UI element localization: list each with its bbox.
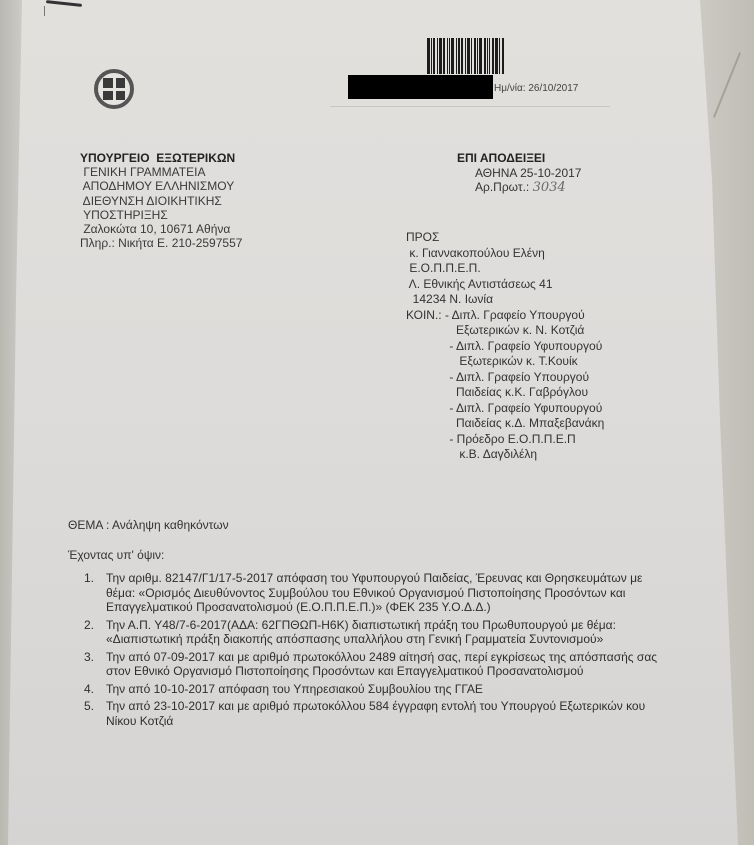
place-date: ΑΘΗΝΑ 25-10-2017 (457, 166, 581, 181)
recipient-line: Ε.Ο.Π.Π.Ε.Π. (406, 261, 604, 277)
recipient-line: 14234 Ν. Ιωνία (406, 292, 604, 308)
barcode (427, 38, 513, 74)
recipient-line: Παιδείας κ.Δ. Μπαξεβανάκη (406, 416, 604, 432)
reference-text: Την από 10-10-2017 απόφαση του Υπηρεσιακ… (106, 682, 483, 696)
redacted-block (348, 75, 493, 99)
subject-line: ΘΕΜΑ : Ανάληψη καθηκόντων (68, 518, 229, 532)
intro-line: Έχοντας υπ' όψιν: (68, 548, 164, 562)
reference-number: 2. (84, 618, 94, 633)
sender-block: ΥΠΟΥΡΓΕΙΟ ΕΞΩΤΕΡΙΚΩΝ ΓΕΝΙΚΗ ΓΡΑΜΜΑΤΕΙΑ Α… (80, 151, 242, 250)
reference-text: Την από 23-10-2017 και με αριθμό πρωτοκό… (106, 699, 645, 728)
recipient-line: Εξωτερικών κ. Ν. Κοτζιά (406, 323, 604, 339)
sender-line: ΔΙΕΘΥΝΣΗ ΔΙΟΙΚΗΤΙΚΗΣ (80, 194, 242, 208)
scan-date: Ημ/νία: 26/10/2017 (494, 83, 578, 94)
recipient-line: κ.Β. Δαγδιλέλη (406, 447, 604, 463)
reference-text: Την αριθμ. 82147/Γ1/17-5-2017 απόφαση το… (106, 571, 642, 614)
cross-shield-icon (103, 78, 125, 100)
receipt-block: ΕΠΙ ΑΠΟΔΕΙΞΕΙ ΑΘΗΝΑ 25-10-2017 Αρ.Πρωτ.:… (457, 151, 581, 196)
sender-line: ΓΕΝΙΚΗ ΓΡΑΜΜΑΤΕΙΑ (80, 165, 242, 179)
recipient-line: - Πρόεδρο Ε.Ο.Π.Π.Ε.Π (406, 432, 604, 448)
reference-item: 2. Την Α.Π. Υ48/7-6-2017(ΑΔΑ: 62ΓΠΘΩΠ-Η6… (84, 618, 674, 647)
recipient-line: κ. Γιαννακοπούλου Ελένη (406, 246, 604, 262)
reference-number: 4. (84, 682, 94, 697)
reference-item: 1.Την αριθμ. 82147/Γ1/17-5-2017 απόφαση … (84, 571, 674, 615)
pen-mark (46, 0, 82, 7)
divider (330, 106, 610, 107)
recipient-line: ΠΡΟΣ (406, 230, 604, 246)
reference-number: 3. (84, 650, 94, 665)
references-list: 1.Την αριθμ. 82147/Γ1/17-5-2017 απόφαση … (84, 571, 674, 731)
reference-item: 4.Την από 10-10-2017 απόφαση του Υπηρεσι… (84, 682, 674, 697)
reference-number: 5. (84, 699, 94, 714)
reference-item: 3.Την από 07-09-2017 και με αριθμό πρωτο… (84, 650, 674, 679)
document-page: Ημ/νία: 26/10/2017 ΥΠΟΥΡΓΕΙΟ ΕΞΩΤΕΡΙΚΩΝ … (0, 0, 754, 845)
protocol-number: 3034 (533, 180, 566, 195)
protocol-line: Αρ.Πρωτ.: 3034 (457, 180, 581, 196)
recipient-line: Παιδείας κ.Κ. Γαβρόγλου (406, 385, 604, 401)
sender-line: Ζαλοκώτα 10, 10671 Αθήνα (80, 222, 242, 236)
recipient-line: Λ. Εθνικής Αντιστάσεως 41 (406, 277, 604, 293)
recipient-line: ΚΟΙΝ.: - Διπλ. Γραφείο Υπουργού (406, 308, 604, 324)
sender-line: Πληρ.: Νικήτα Ε. 210-2597557 (80, 236, 242, 250)
recipient-line: Εξωτερικών κ. Τ.Κουίκ (406, 354, 604, 370)
recipient-line: - Διπλ. Γραφείο Υφυπουργού (406, 401, 604, 417)
reference-text: Την Α.Π. Υ48/7-6-2017(ΑΔΑ: 62ΓΠΘΩΠ-Η6Κ) … (106, 618, 616, 647)
protocol-label: Αρ.Πρωτ.: (475, 180, 529, 194)
greek-coat-of-arms-icon (94, 69, 134, 109)
reference-number: 1. (84, 571, 94, 586)
receipt-title: ΕΠΙ ΑΠΟΔΕΙΞΕΙ (457, 151, 581, 166)
reference-text: Την από 07-09-2017 και με αριθμό πρωτοκό… (106, 650, 657, 679)
recipients-block: ΠΡΟΣ κ. Γιαννακοπούλου Ελένη Ε.Ο.Π.Π.Ε.Π… (406, 230, 604, 463)
ministry-name: ΥΠΟΥΡΓΕΙΟ ΕΞΩΤΕΡΙΚΩΝ (80, 151, 242, 165)
sender-line: ΥΠΟΣΤΗΡΙΞΗΣ (80, 208, 242, 222)
recipient-line: - Διπλ. Γραφείο Υφυπουργού (406, 339, 604, 355)
sender-line: ΑΠΟΔΗΜΟΥ ΕΛΛΗΝΙΣΜΟΥ (80, 179, 242, 193)
pen-mark-tick (44, 6, 45, 16)
recipient-line: - Διπλ. Γραφείο Υπουργού (406, 370, 604, 386)
reference-item: 5.Την από 23-10-2017 και με αριθμό πρωτο… (84, 699, 674, 728)
